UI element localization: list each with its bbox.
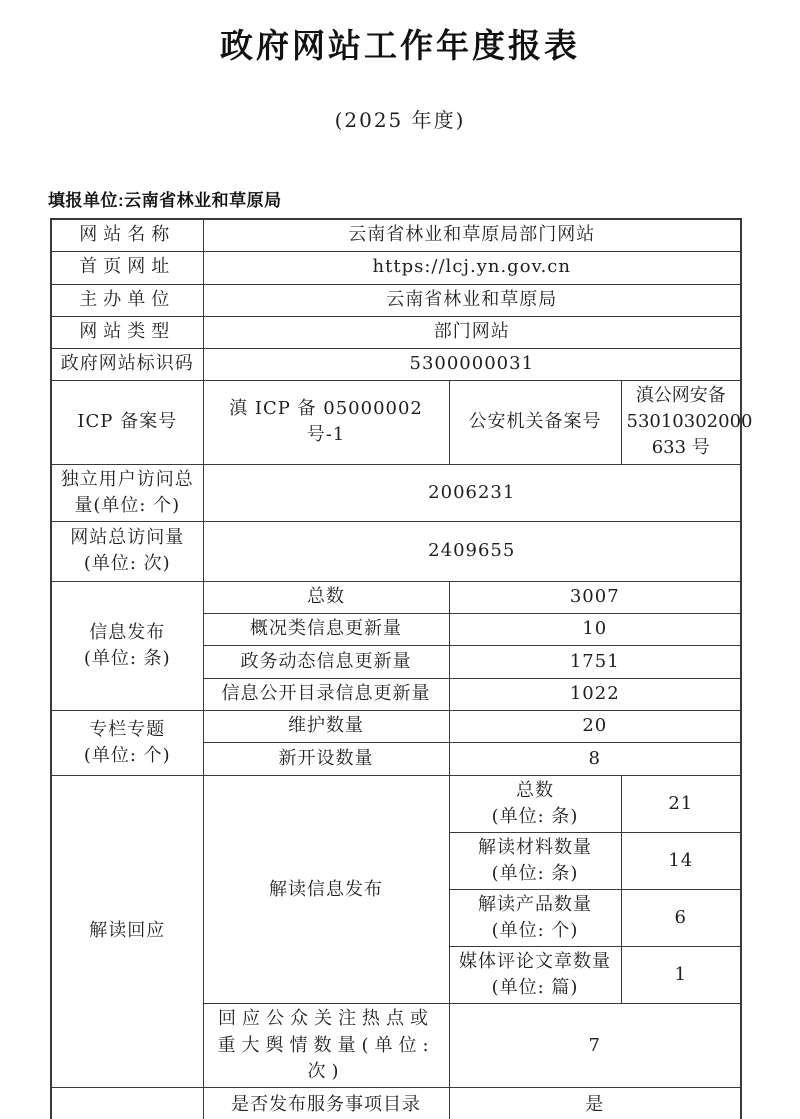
interpretation-section-label: 解读回应 (51, 775, 203, 1087)
reporting-unit-label: 填报单位:云南省林业和草原局 (48, 186, 800, 211)
unique-visitors-label: 独立用户访问总量(单位: 个) (51, 464, 203, 521)
total-visits-label: 网站总访问量 (单位: 次) (51, 521, 203, 581)
topics-maintained-value: 20 (449, 710, 741, 742)
info-overview-value: 10 (449, 613, 741, 645)
homepage-url-label: 首页网址 (51, 251, 203, 284)
security-filing-line2: 53010302000 (627, 409, 736, 435)
interp-products-label: 解读产品数量 (单位: 个) (449, 890, 621, 947)
table-row-icp-filing: ICP 备案号 滇 ICP 备 05000002 号-1 公安机关备案号 滇公网… (51, 380, 741, 464)
table-row-total-visits: 网站总访问量 (单位: 次) 2409655 (51, 521, 741, 581)
topics-new-label: 新开设数量 (203, 742, 449, 775)
site-type-label: 网站类型 (51, 316, 203, 348)
security-filing-value: 滇公网安备 53010302000 633 号 (621, 380, 741, 464)
host-unit-value: 云南省林业和草原局 (203, 284, 741, 316)
table-row-site-id-code: 政府网站标识码 5300000031 (51, 348, 741, 380)
interp-media-name: 媒体评论文章数量 (455, 949, 616, 975)
topics-name: 专栏专题 (57, 717, 198, 743)
interpretation-release-label: 解读信息发布 (203, 775, 449, 1004)
security-filing-line1: 滇公网安备 (627, 383, 736, 409)
interp-total-value: 21 (621, 775, 741, 832)
interp-media-label: 媒体评论文章数量 (单位: 篇) (449, 947, 621, 1004)
service-catalog-label: 是否发布服务事项目录 (203, 1087, 449, 1119)
info-dynamics-label: 政务动态信息更新量 (203, 645, 449, 678)
site-name-value: 云南省林业和草原局部门网站 (203, 219, 741, 251)
icp-value: 滇 ICP 备 05000002 号-1 (203, 380, 449, 464)
table-row-info-total: 信息发布 (单位: 条) 总数 3007 (51, 581, 741, 613)
interp-total-name: 总数 (455, 778, 616, 804)
interp-total-label: 总数 (单位: 条) (449, 775, 621, 832)
topics-new-value: 8 (449, 742, 741, 775)
service-catalog-value: 是 (449, 1087, 741, 1119)
public-response-label: 回应公众关注热点或重大舆情数量(单位: 次) (203, 1004, 449, 1087)
security-filing-label: 公安机关备案号 (449, 380, 621, 464)
homepage-url-value: https://lcj.yn.gov.cn (203, 251, 741, 284)
table-row-service-catalog: 是否发布服务事项目录 是 (51, 1087, 741, 1119)
interp-products-value: 6 (621, 890, 741, 947)
security-filing-line3: 633 号 (627, 435, 736, 461)
interp-total-unit: (单位: 条) (455, 804, 616, 830)
info-catalog-value: 1022 (449, 678, 741, 710)
page-subtitle: (2025 年度) (0, 104, 800, 133)
site-name-label: 网站名称 (51, 219, 203, 251)
interp-materials-unit: (单位: 条) (455, 861, 616, 887)
annual-report-table: 网站名称 云南省林业和草原局部门网站 首页网址 https://lcj.yn.g… (50, 218, 742, 1119)
icp-label: ICP 备案号 (51, 380, 203, 464)
info-release-name: 信息发布 (57, 620, 198, 646)
table-row-homepage-url: 首页网址 https://lcj.yn.gov.cn (51, 251, 741, 284)
topics-maintained-label: 维护数量 (203, 710, 449, 742)
table-row-interp-total: 解读回应 解读信息发布 总数 (单位: 条) 21 (51, 775, 741, 832)
page-title: 政府网站工作年度报表 (0, 20, 800, 67)
table-row-topics-maintained: 专栏专题 (单位: 个) 维护数量 20 (51, 710, 741, 742)
host-unit-label: 主办单位 (51, 284, 203, 316)
topics-section-label: 专栏专题 (单位: 个) (51, 710, 203, 775)
info-catalog-label: 信息公开目录信息更新量 (203, 678, 449, 710)
info-total-label: 总数 (203, 581, 449, 613)
table-row-site-name: 网站名称 云南省林业和草原局部门网站 (51, 219, 741, 251)
info-dynamics-value: 1751 (449, 645, 741, 678)
public-response-value: 7 (449, 1004, 741, 1087)
table-row-site-type: 网站类型 部门网站 (51, 316, 741, 348)
interp-materials-value: 14 (621, 832, 741, 889)
interp-products-unit: (单位: 个) (455, 918, 616, 944)
total-visits-unit: (单位: 次) (57, 551, 198, 577)
interp-products-name: 解读产品数量 (455, 892, 616, 918)
empty-section-cell (51, 1087, 203, 1119)
info-release-section-label: 信息发布 (单位: 条) (51, 581, 203, 710)
info-overview-label: 概况类信息更新量 (203, 613, 449, 645)
info-total-value: 3007 (449, 581, 741, 613)
table-row-host-unit: 主办单位 云南省林业和草原局 (51, 284, 741, 316)
table-row-unique-visitors: 独立用户访问总量(单位: 个) 2006231 (51, 464, 741, 521)
site-id-code-label: 政府网站标识码 (51, 348, 203, 380)
interp-materials-name: 解读材料数量 (455, 835, 616, 861)
info-release-unit: (单位: 条) (57, 646, 198, 672)
topics-unit: (单位: 个) (57, 743, 198, 769)
site-type-value: 部门网站 (203, 316, 741, 348)
interp-materials-label: 解读材料数量 (单位: 条) (449, 832, 621, 889)
unique-visitors-value: 2006231 (203, 464, 741, 521)
total-visits-name: 网站总访问量 (57, 525, 198, 551)
interp-media-unit: (单位: 篇) (455, 975, 616, 1001)
total-visits-value: 2409655 (203, 521, 741, 581)
site-id-code-value: 5300000031 (203, 348, 741, 380)
interp-media-value: 1 (621, 947, 741, 1004)
